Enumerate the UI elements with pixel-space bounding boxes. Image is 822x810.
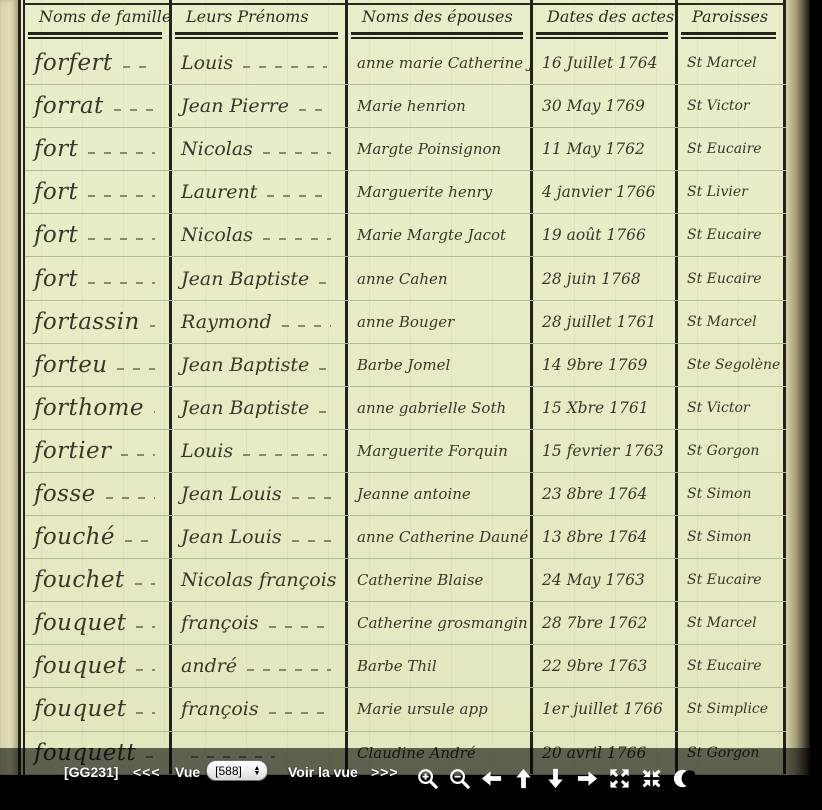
register-reference: [GG231] bbox=[64, 764, 118, 780]
entry-date: 14 9bre 1769 bbox=[542, 356, 647, 374]
cell-paroisse: St Eucaire bbox=[678, 257, 786, 299]
cell-epouse: anne marie Catherine Joly bbox=[348, 42, 533, 84]
cell-epouse: Jeanne antoine bbox=[348, 473, 533, 515]
cell-paroisse: St Eucaire bbox=[678, 214, 786, 256]
cell-famille: fosse bbox=[25, 473, 172, 515]
cell-prenoms: Jean Louis bbox=[172, 516, 348, 558]
entry-epouse: anne Cahen bbox=[357, 270, 448, 288]
cell-epouse: Catherine grosmangin bbox=[348, 602, 533, 644]
register-scan-image[interactable]: Noms de familleLeurs PrénomsNoms des épo… bbox=[0, 0, 810, 775]
pan-up-icon[interactable] bbox=[512, 767, 535, 790]
header-double-rule bbox=[536, 32, 668, 39]
entry-epouse: anne gabrielle Soth bbox=[357, 399, 506, 417]
entry-epouse: Marguerite henry bbox=[357, 183, 492, 201]
entry-prenoms: Nicolas bbox=[181, 224, 253, 246]
entry-paroisse: Ste Segolène bbox=[687, 357, 780, 373]
ditto-dashes bbox=[136, 669, 155, 671]
cell-famille: fort bbox=[25, 214, 172, 256]
entry-date: 28 juin 1768 bbox=[542, 270, 641, 288]
entry-prenoms: françois bbox=[181, 612, 259, 634]
view-select[interactable]: [588] ▲▼ bbox=[206, 760, 268, 781]
entry-prenoms: Jean Louis bbox=[181, 526, 282, 548]
header-double-rule bbox=[175, 32, 338, 39]
cell-famille: fortassin bbox=[25, 301, 172, 343]
ditto-dashes bbox=[292, 497, 331, 499]
entry-paroisse: St Marcel bbox=[687, 615, 757, 631]
register-row: fortassinRaymondanne Bouger28 juillet 17… bbox=[25, 301, 786, 344]
entry-date: 11 May 1762 bbox=[542, 140, 645, 158]
cell-epouse: anne Cahen bbox=[348, 257, 533, 299]
cell-famille: fort bbox=[25, 257, 172, 299]
cell-famille: fort bbox=[25, 171, 172, 213]
register-row: forfertLouisanne marie Catherine Joly16 … bbox=[25, 42, 786, 85]
entry-paroisse: St Gorgon bbox=[687, 443, 759, 459]
entry-famille: fort bbox=[34, 136, 78, 162]
header-double-rule bbox=[28, 32, 162, 39]
entry-paroisse: St Simplice bbox=[687, 701, 768, 717]
entry-paroisse: St Simon bbox=[687, 529, 751, 545]
cell-famille: forthome bbox=[25, 387, 172, 429]
table-header-row: Noms de familleLeurs PrénomsNoms des épo… bbox=[25, 0, 786, 42]
cell-date: 19 août 1766 bbox=[533, 214, 678, 256]
cell-prenoms: Louis bbox=[172, 430, 348, 472]
cell-prenoms: Nicolas bbox=[172, 128, 348, 170]
entry-date: 28 juillet 1761 bbox=[542, 313, 656, 331]
table-rows: forfertLouisanne marie Catherine Joly16 … bbox=[25, 42, 786, 775]
zoom-out-icon[interactable] bbox=[448, 767, 471, 790]
cell-prenoms: françois bbox=[172, 602, 348, 644]
ditto-dashes bbox=[88, 238, 155, 240]
entry-epouse: Marie henrion bbox=[357, 97, 466, 115]
cell-epouse: anne Catherine Dauné bbox=[348, 516, 533, 558]
ditto-dashes bbox=[123, 66, 155, 68]
cell-paroisse: Ste Segolène bbox=[678, 344, 786, 386]
entry-paroisse: St Simon bbox=[687, 486, 751, 502]
cell-prenoms: Jean Louis bbox=[172, 473, 348, 515]
register-row: fortNicolasMargte Poinsignon11 May 1762S… bbox=[25, 128, 786, 171]
entry-paroisse: St Marcel bbox=[687, 314, 757, 330]
entry-date: 23 8bre 1764 bbox=[542, 485, 647, 503]
cell-date: 1er juillet 1766 bbox=[533, 688, 678, 730]
ditto-dashes bbox=[267, 195, 331, 197]
cell-epouse: Marie Margte Jacot bbox=[348, 214, 533, 256]
entry-prenoms: Nicolas françois bbox=[181, 569, 337, 591]
cell-epouse: Margte Poinsignon bbox=[348, 128, 533, 170]
archive-viewer: Noms de familleLeurs PrénomsNoms des épo… bbox=[0, 0, 822, 810]
cell-date: 14 9bre 1769 bbox=[533, 344, 678, 386]
ditto-dashes bbox=[136, 712, 155, 714]
entry-paroisse: St Livier bbox=[687, 184, 748, 200]
next-view-button[interactable]: >>> bbox=[371, 764, 399, 780]
entry-date: 24 May 1763 bbox=[542, 571, 645, 589]
cell-date: 24 May 1763 bbox=[533, 559, 678, 601]
fullscreen-icon[interactable] bbox=[608, 767, 631, 790]
zoom-in-icon[interactable] bbox=[416, 767, 439, 790]
entry-epouse: anne Catherine Dauné bbox=[357, 528, 528, 546]
register-row: forratJean PierreMarie henrion30 May 176… bbox=[25, 85, 786, 128]
cell-date: 15 fevrier 1763 bbox=[533, 430, 678, 472]
cell-date: 13 8bre 1764 bbox=[533, 516, 678, 558]
entry-date: 4 janvier 1766 bbox=[542, 183, 656, 201]
viewer-toolbar: [GG231] <<< Vue [588] ▲▼ Voir la vue >>> bbox=[0, 748, 822, 810]
cell-famille: fort bbox=[25, 128, 172, 170]
page-left-margin bbox=[0, 0, 18, 775]
page-right-edge bbox=[786, 0, 810, 775]
cell-paroisse: St Victor bbox=[678, 387, 786, 429]
register-row: fortLaurentMarguerite henry4 janvier 176… bbox=[25, 171, 786, 214]
register-row: fortNicolasMarie Margte Jacot19 août 176… bbox=[25, 214, 786, 257]
cell-prenoms: Jean Baptiste bbox=[172, 344, 348, 386]
cell-prenoms: Nicolas françois bbox=[172, 559, 348, 601]
entry-famille: forteu bbox=[34, 352, 107, 378]
cell-paroisse: St Victor bbox=[678, 85, 786, 127]
cell-epouse: Catherine Blaise bbox=[348, 559, 533, 601]
entry-date: 30 May 1769 bbox=[542, 97, 645, 115]
entry-paroisse: St Marcel bbox=[687, 55, 757, 71]
cell-epouse: Marguerite henry bbox=[348, 171, 533, 213]
entry-famille: fouché bbox=[34, 524, 115, 550]
entry-date: 15 Xbre 1761 bbox=[542, 399, 649, 417]
register-row: fouchetNicolas françoisCatherine Blaise2… bbox=[25, 559, 786, 602]
cell-date: 16 Juillet 1764 bbox=[533, 42, 678, 84]
cell-paroisse: St Gorgon bbox=[678, 430, 786, 472]
ditto-dashes bbox=[88, 152, 155, 154]
ditto-dashes bbox=[135, 583, 155, 585]
ditto-dashes bbox=[263, 238, 331, 240]
pan-right-icon[interactable] bbox=[576, 767, 599, 790]
entry-famille: forthome bbox=[34, 395, 144, 421]
register-row: fosseJean LouisJeanne antoine23 8bre 176… bbox=[25, 473, 786, 516]
ditto-dashes bbox=[269, 626, 331, 628]
cell-epouse: Marie ursule app bbox=[348, 688, 533, 730]
entry-famille: fouquet bbox=[34, 653, 126, 679]
entry-date: 28 7bre 1762 bbox=[542, 614, 647, 632]
ditto-dashes bbox=[154, 411, 155, 413]
register-row: forteuJean BaptisteBarbe Jomel14 9bre 17… bbox=[25, 344, 786, 387]
ditto-dashes bbox=[319, 368, 331, 370]
cell-paroisse: St Simplice bbox=[678, 688, 786, 730]
entry-prenoms: Laurent bbox=[181, 181, 257, 203]
ditto-dashes bbox=[114, 109, 155, 111]
navigation-icons bbox=[416, 767, 695, 790]
ditto-dashes bbox=[319, 282, 331, 284]
register-row: fouchéJean Louisanne Catherine Dauné13 8… bbox=[25, 516, 786, 559]
cell-famille: fouché bbox=[25, 516, 172, 558]
cell-date: 28 7bre 1762 bbox=[533, 602, 678, 644]
contrast-icon[interactable] bbox=[672, 767, 695, 790]
ditto-dashes bbox=[136, 626, 155, 628]
cell-paroisse: St Simon bbox=[678, 473, 786, 515]
entry-prenoms: Raymond bbox=[181, 311, 272, 333]
cell-prenoms: Raymond bbox=[172, 301, 348, 343]
entry-famille: fortassin bbox=[34, 309, 140, 335]
previous-view-button[interactable]: <<< bbox=[133, 764, 161, 780]
select-stepper-icon: ▲▼ bbox=[250, 766, 267, 776]
ditto-dashes bbox=[243, 454, 327, 456]
cell-famille: fouquet bbox=[25, 688, 172, 730]
pan-down-icon[interactable] bbox=[544, 767, 567, 790]
entry-date: 22 9bre 1763 bbox=[542, 657, 647, 675]
register-row: forthomeJean Baptisteanne gabrielle Soth… bbox=[25, 387, 786, 430]
column-header-label: Noms de famille bbox=[39, 7, 171, 26]
pan-left-icon[interactable] bbox=[480, 767, 503, 790]
cell-epouse: anne gabrielle Soth bbox=[348, 387, 533, 429]
header-double-rule bbox=[681, 32, 776, 39]
cell-epouse: Marie henrion bbox=[348, 85, 533, 127]
column-header: Leurs Prénoms bbox=[172, 0, 348, 42]
entry-famille: fort bbox=[34, 222, 78, 248]
view-select-value: [588] bbox=[207, 764, 250, 778]
cell-prenoms: Louis bbox=[172, 42, 348, 84]
cell-famille: fortier bbox=[25, 430, 172, 472]
vue-label: Vue bbox=[175, 764, 200, 780]
ditto-dashes bbox=[125, 540, 155, 542]
entry-paroisse: St Victor bbox=[687, 98, 750, 114]
cell-date: 28 juin 1768 bbox=[533, 257, 678, 299]
entry-date: 16 Juillet 1764 bbox=[542, 54, 658, 72]
column-header-label: Paroisses bbox=[692, 7, 768, 26]
cell-prenoms: Jean Baptiste bbox=[172, 387, 348, 429]
register-row: fouquetfrançoisMarie ursule app1er juill… bbox=[25, 688, 786, 731]
entry-paroisse: St Eucaire bbox=[687, 271, 762, 287]
cell-prenoms: Laurent bbox=[172, 171, 348, 213]
entry-epouse: Catherine grosmangin bbox=[357, 614, 528, 632]
cell-date: 23 8bre 1764 bbox=[533, 473, 678, 515]
entry-famille: fouquet bbox=[34, 610, 126, 636]
ditto-dashes bbox=[121, 454, 155, 456]
cell-epouse: Barbe Thil bbox=[348, 645, 533, 687]
cell-famille: fouchet bbox=[25, 559, 172, 601]
ditto-dashes bbox=[247, 669, 331, 671]
cell-famille: forfert bbox=[25, 42, 172, 84]
cell-date: 30 May 1769 bbox=[533, 85, 678, 127]
cell-date: 28 juillet 1761 bbox=[533, 301, 678, 343]
ditto-dashes bbox=[88, 282, 155, 284]
entry-prenoms: Jean Baptiste bbox=[181, 397, 309, 419]
ditto-dashes bbox=[299, 109, 331, 111]
left-double-rule bbox=[18, 0, 25, 775]
entry-famille: fouquet bbox=[34, 696, 126, 722]
ditto-dashes bbox=[243, 66, 327, 68]
cell-paroisse: St Eucaire bbox=[678, 645, 786, 687]
entry-prenoms: Jean Pierre bbox=[181, 95, 289, 117]
ditto-dashes bbox=[117, 368, 155, 370]
cell-famille: fouquet bbox=[25, 602, 172, 644]
cell-prenoms: Nicolas bbox=[172, 214, 348, 256]
entry-epouse: Catherine Blaise bbox=[357, 571, 483, 589]
cell-famille: fouquet bbox=[25, 645, 172, 687]
entry-prenoms: Jean Louis bbox=[181, 483, 282, 505]
entry-prenoms: Jean Baptiste bbox=[181, 268, 309, 290]
entry-epouse: Jeanne antoine bbox=[357, 485, 471, 503]
entry-epouse: anne marie Catherine Joly bbox=[357, 54, 533, 72]
column-header-label: Dates des actes bbox=[547, 7, 674, 26]
entry-date: 1er juillet 1766 bbox=[542, 700, 663, 718]
cell-paroisse: St Livier bbox=[678, 171, 786, 213]
ditto-dashes bbox=[282, 325, 331, 327]
cell-date: 15 Xbre 1761 bbox=[533, 387, 678, 429]
entry-famille: forrat bbox=[34, 93, 104, 119]
cell-paroisse: St Eucaire bbox=[678, 559, 786, 601]
entry-famille: fosse bbox=[34, 481, 96, 507]
ditto-dashes bbox=[269, 712, 331, 714]
register-row: fortierLouisMarguerite Forquin15 fevrier… bbox=[25, 430, 786, 473]
entry-date: 13 8bre 1764 bbox=[542, 528, 647, 546]
cell-date: 4 janvier 1766 bbox=[533, 171, 678, 213]
entry-prenoms: françois bbox=[181, 698, 259, 720]
cell-prenoms: andré bbox=[172, 645, 348, 687]
ditto-dashes bbox=[263, 152, 331, 154]
column-header: Paroisses bbox=[678, 0, 786, 42]
entry-paroisse: St Eucaire bbox=[687, 572, 762, 588]
entry-paroisse: St Eucaire bbox=[687, 227, 762, 243]
entry-famille: fort bbox=[34, 179, 78, 205]
entry-epouse: Marie ursule app bbox=[357, 700, 488, 718]
cell-paroisse: St Simon bbox=[678, 516, 786, 558]
cell-prenoms: Jean Pierre bbox=[172, 85, 348, 127]
register-table: Noms de familleLeurs PrénomsNoms des épo… bbox=[25, 0, 786, 775]
cell-epouse: Marguerite Forquin bbox=[348, 430, 533, 472]
cell-epouse: Barbe Jomel bbox=[348, 344, 533, 386]
entry-epouse: Barbe Jomel bbox=[357, 356, 450, 374]
entry-prenoms: Nicolas bbox=[181, 138, 253, 160]
entry-epouse: Barbe Thil bbox=[357, 657, 437, 675]
entry-famille: forfert bbox=[34, 50, 113, 76]
cell-prenoms: françois bbox=[172, 688, 348, 730]
cell-date: 11 May 1762 bbox=[533, 128, 678, 170]
column-header-label: Noms des épouses bbox=[362, 7, 513, 26]
ditto-dashes bbox=[292, 540, 331, 542]
register-row: fouquetandréBarbe Thil22 9bre 1763St Euc… bbox=[25, 645, 786, 688]
entry-epouse: Marguerite Forquin bbox=[357, 442, 508, 460]
entry-epouse: Marie Margte Jacot bbox=[357, 226, 506, 244]
cell-prenoms: Jean Baptiste bbox=[172, 257, 348, 299]
entry-date: 19 août 1766 bbox=[542, 226, 646, 244]
entry-famille: fouchet bbox=[34, 567, 125, 593]
column-header: Dates des actes bbox=[533, 0, 678, 42]
ditto-dashes bbox=[150, 325, 155, 327]
ditto-dashes bbox=[319, 411, 331, 413]
entry-paroisse: St Victor bbox=[687, 400, 750, 416]
cell-epouse: anne Bouger bbox=[348, 301, 533, 343]
header-double-rule bbox=[351, 32, 523, 39]
register-row: fouquetfrançoisCatherine grosmangin28 7b… bbox=[25, 602, 786, 645]
entry-prenoms: Jean Baptiste bbox=[181, 354, 309, 376]
voir-la-vue-button[interactable]: Voir la vue bbox=[288, 764, 358, 780]
entry-paroisse: St Eucaire bbox=[687, 141, 762, 157]
cell-paroisse: St Eucaire bbox=[678, 128, 786, 170]
cell-paroisse: St Marcel bbox=[678, 301, 786, 343]
column-header: Noms de famille bbox=[25, 0, 172, 42]
entry-famille: fort bbox=[34, 266, 78, 292]
entry-prenoms: Louis bbox=[181, 440, 233, 462]
ditto-dashes bbox=[88, 195, 155, 197]
entry-famille: fortier bbox=[34, 438, 111, 464]
entry-epouse: Margte Poinsignon bbox=[357, 140, 501, 158]
entry-paroisse: St Eucaire bbox=[687, 658, 762, 674]
entry-prenoms: Louis bbox=[181, 52, 233, 74]
entry-epouse: anne Bouger bbox=[357, 313, 454, 331]
column-header: Noms des épouses bbox=[348, 0, 533, 42]
cell-paroisse: St Marcel bbox=[678, 42, 786, 84]
entry-prenoms: andré bbox=[181, 655, 237, 677]
entry-date: 15 fevrier 1763 bbox=[542, 442, 664, 460]
ditto-dashes bbox=[106, 497, 155, 499]
register-row: fortJean Baptisteanne Cahen28 juin 1768S… bbox=[25, 257, 786, 300]
cell-paroisse: St Marcel bbox=[678, 602, 786, 644]
cell-famille: forteu bbox=[25, 344, 172, 386]
cell-date: 22 9bre 1763 bbox=[533, 645, 678, 687]
exit-fullscreen-icon[interactable] bbox=[640, 767, 663, 790]
column-header-label: Leurs Prénoms bbox=[186, 7, 309, 26]
cell-famille: forrat bbox=[25, 85, 172, 127]
